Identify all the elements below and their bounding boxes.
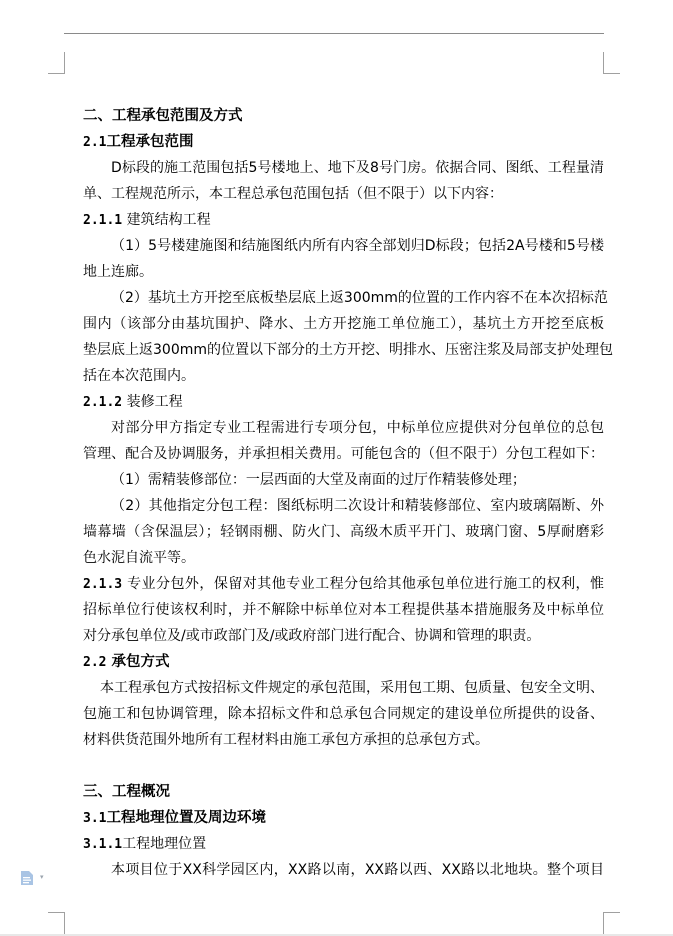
- document-page: 二、工程承包范围及方式 2.1工程承包范围 D标段的施工范围包括5号楼地上、地下…: [0, 0, 673, 936]
- paragraph-line: 墙幕墙（含保温层）；轻钢雨棚、防火门、高级木质平开门、玻璃门窗、5厚耐磨彩: [83, 519, 604, 545]
- paragraph-line: 对分承包单位及/或市政部门及/或政府部门进行配合、协调和管理的职责。: [83, 623, 604, 649]
- heading-2-1-2: 2.1.2 装修工程: [83, 389, 604, 415]
- paragraph-line: 垫层底上返300mm的位置以下部分的土方开挖、明排水、压密注浆及局部支护处理包: [83, 337, 604, 363]
- paragraph-line: （1）需精装修部位：一层西面的大堂及南面的过厅作精装修处理；: [83, 467, 604, 493]
- paragraph-line: 包施工和包协调管理，除本招标文件和总承包合同规定的建设单位所提供的设备、: [83, 701, 604, 727]
- paragraph-line: 招标单位行使该权利时，并不解除中标单位对本工程提供基本措施服务及中标单位: [83, 597, 604, 623]
- paragraph-line: D标段的施工范围包括5号楼地上、地下及8号门房。依据合同、图纸、工程量清: [83, 155, 604, 181]
- paragraph-line: 材料供货范围外地所有工程材料由施工承包方承担的总承包方式。: [83, 727, 604, 753]
- blank-line: [83, 753, 604, 779]
- crop-mark-bottom-left: [48, 912, 65, 936]
- heading-3-1-1: 3.1.1工程地理位置: [83, 831, 604, 857]
- paragraph-line: 单、工程规范所示，本工程总承包范围包括（但不限于）以下内容：: [83, 181, 604, 207]
- heading-2-1-3-line: 2.1.3 专业分包外，保留对其他专业工程分包给其他承包单位进行施工的权利，惟: [83, 571, 604, 597]
- paragraph-line: （1）5号楼建施图和结施图纸内所有内容全部划归D标段；包括2A号楼和5号楼: [83, 233, 604, 259]
- heading-2-1-1: 2.1.1 建筑结构工程: [83, 207, 604, 233]
- paragraph-line: 本项目位于XX科学园区内，XX路以南，XX路以西、XX路以北地块。整个项目: [83, 857, 604, 883]
- crop-mark-top-left: [48, 52, 65, 74]
- heading-section-2: 二、工程承包范围及方式: [83, 103, 604, 129]
- document-body[interactable]: 二、工程承包范围及方式 2.1工程承包范围 D标段的施工范围包括5号楼地上、地下…: [83, 103, 604, 883]
- heading-2-1: 2.1工程承包范围: [83, 129, 604, 155]
- heading-section-3: 三、工程概况: [83, 779, 604, 805]
- heading-2-2: 2.2 承包方式: [83, 649, 604, 675]
- crop-mark-bottom-right: [603, 912, 620, 936]
- paragraph-line: 地上连廊。: [83, 259, 604, 285]
- paste-options-icon[interactable]: [20, 870, 34, 886]
- paste-options-dropdown-icon[interactable]: ▾: [40, 873, 44, 881]
- paragraph-line: 色水泥自流平等。: [83, 545, 604, 571]
- paragraph-line: 对部分甲方指定专业工程需进行专项分包，中标单位应提供对分包单位的总包: [83, 415, 604, 441]
- paragraph-line: 管理、配合及协调服务，并承担相关费用。可能包含的（但不限于）分包工程如下：: [83, 441, 604, 467]
- paragraph-line: （2）基坑土方开挖至底板垫层底上返300mm的位置的工作内容不在本次招标范: [83, 285, 604, 311]
- paragraph-line: 本工程承包方式按招标文件规定的承包范围，采用包工期、包质量、包安全文明、: [83, 675, 604, 701]
- header-rule-full: [64, 33, 604, 34]
- heading-3-1: 3.1工程地理位置及周边环境: [83, 805, 604, 831]
- paragraph-line: 括在本次范围内。: [83, 363, 604, 389]
- paragraph-line: （2）其他指定分包工程：图纸标明二次设计和精装修部位、室内玻璃隔断、外: [83, 493, 604, 519]
- paragraph-line: 围内（该部分由基坑围护、降水、土方开挖施工单位施工），基坑土方开挖至底板: [83, 311, 604, 337]
- crop-mark-top-right: [603, 52, 620, 74]
